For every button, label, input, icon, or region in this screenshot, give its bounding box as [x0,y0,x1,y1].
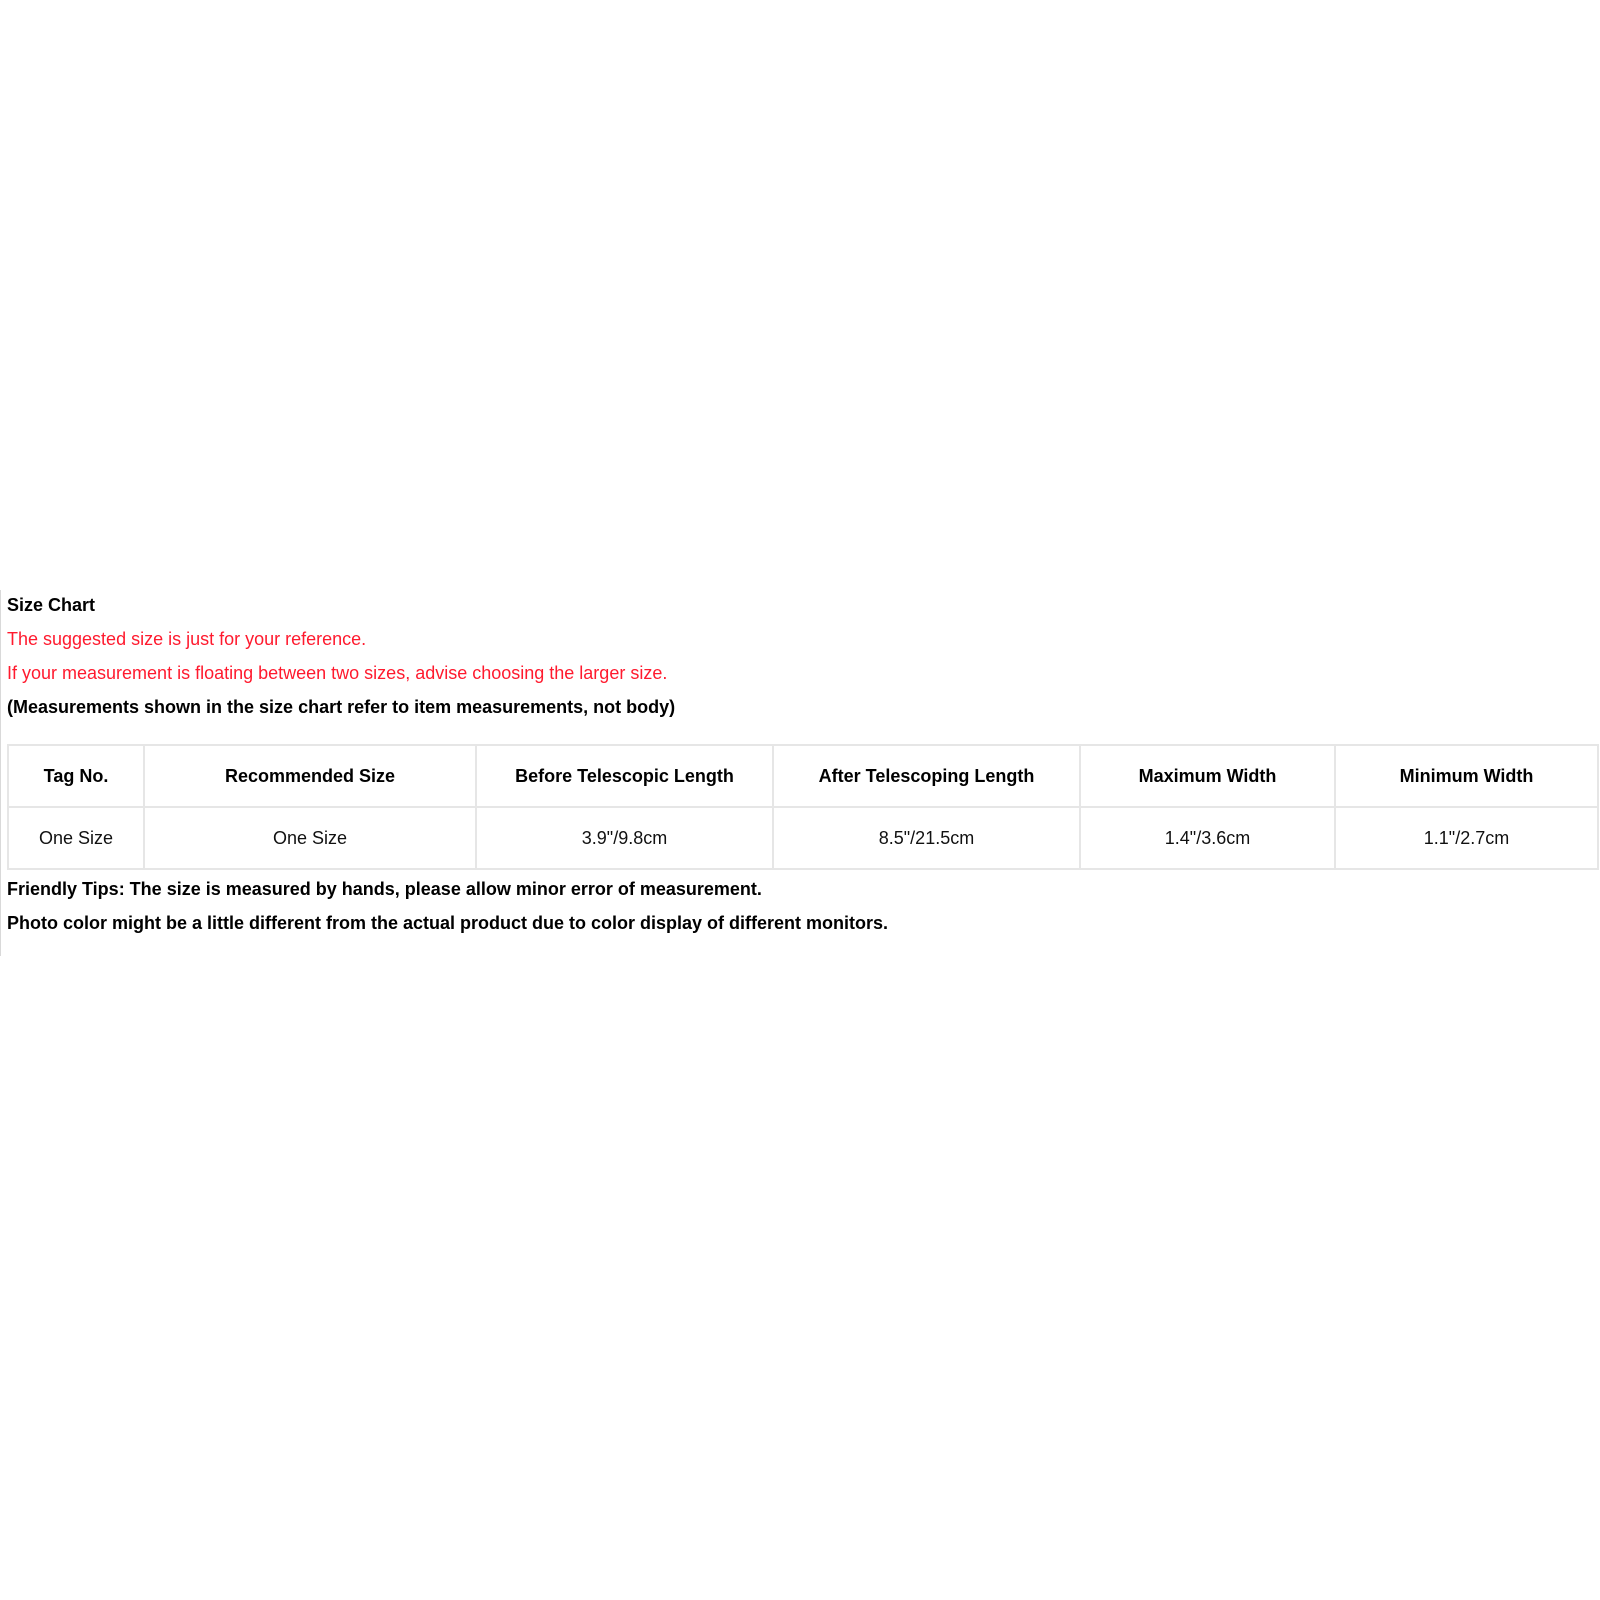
cell-recommended-size: One Size [144,807,476,869]
measurement-disclaimer: (Measurements shown in the size chart re… [7,696,675,718]
table-header-row: Tag No. Recommended Size Before Telescop… [8,745,1598,807]
cell-minimum-width: 1.1"/2.7cm [1335,807,1598,869]
size-chart-section: Size Chart The suggested size is just fo… [0,590,1600,956]
cell-maximum-width: 1.4"/3.6cm [1080,807,1335,869]
size-table: Tag No. Recommended Size Before Telescop… [7,744,1599,870]
reference-note: The suggested size is just for your refe… [7,628,366,650]
header-tag-no: Tag No. [8,745,144,807]
table-row: One Size One Size 3.9"/9.8cm 8.5"/21.5cm… [8,807,1598,869]
photo-color-tip: Photo color might be a little different … [7,912,888,934]
header-maximum-width: Maximum Width [1080,745,1335,807]
header-recommended-size: Recommended Size [144,745,476,807]
header-before-telescopic-length: Before Telescopic Length [476,745,773,807]
cell-tag-no: One Size [8,807,144,869]
size-chart-title: Size Chart [7,594,95,616]
cell-after-telescoping-length: 8.5"/21.5cm [773,807,1080,869]
header-after-telescoping-length: After Telescoping Length [773,745,1080,807]
friendly-tip: Friendly Tips: The size is measured by h… [7,878,762,900]
larger-size-advice: If your measurement is floating between … [7,662,667,684]
header-minimum-width: Minimum Width [1335,745,1598,807]
cell-before-telescopic-length: 3.9"/9.8cm [476,807,773,869]
